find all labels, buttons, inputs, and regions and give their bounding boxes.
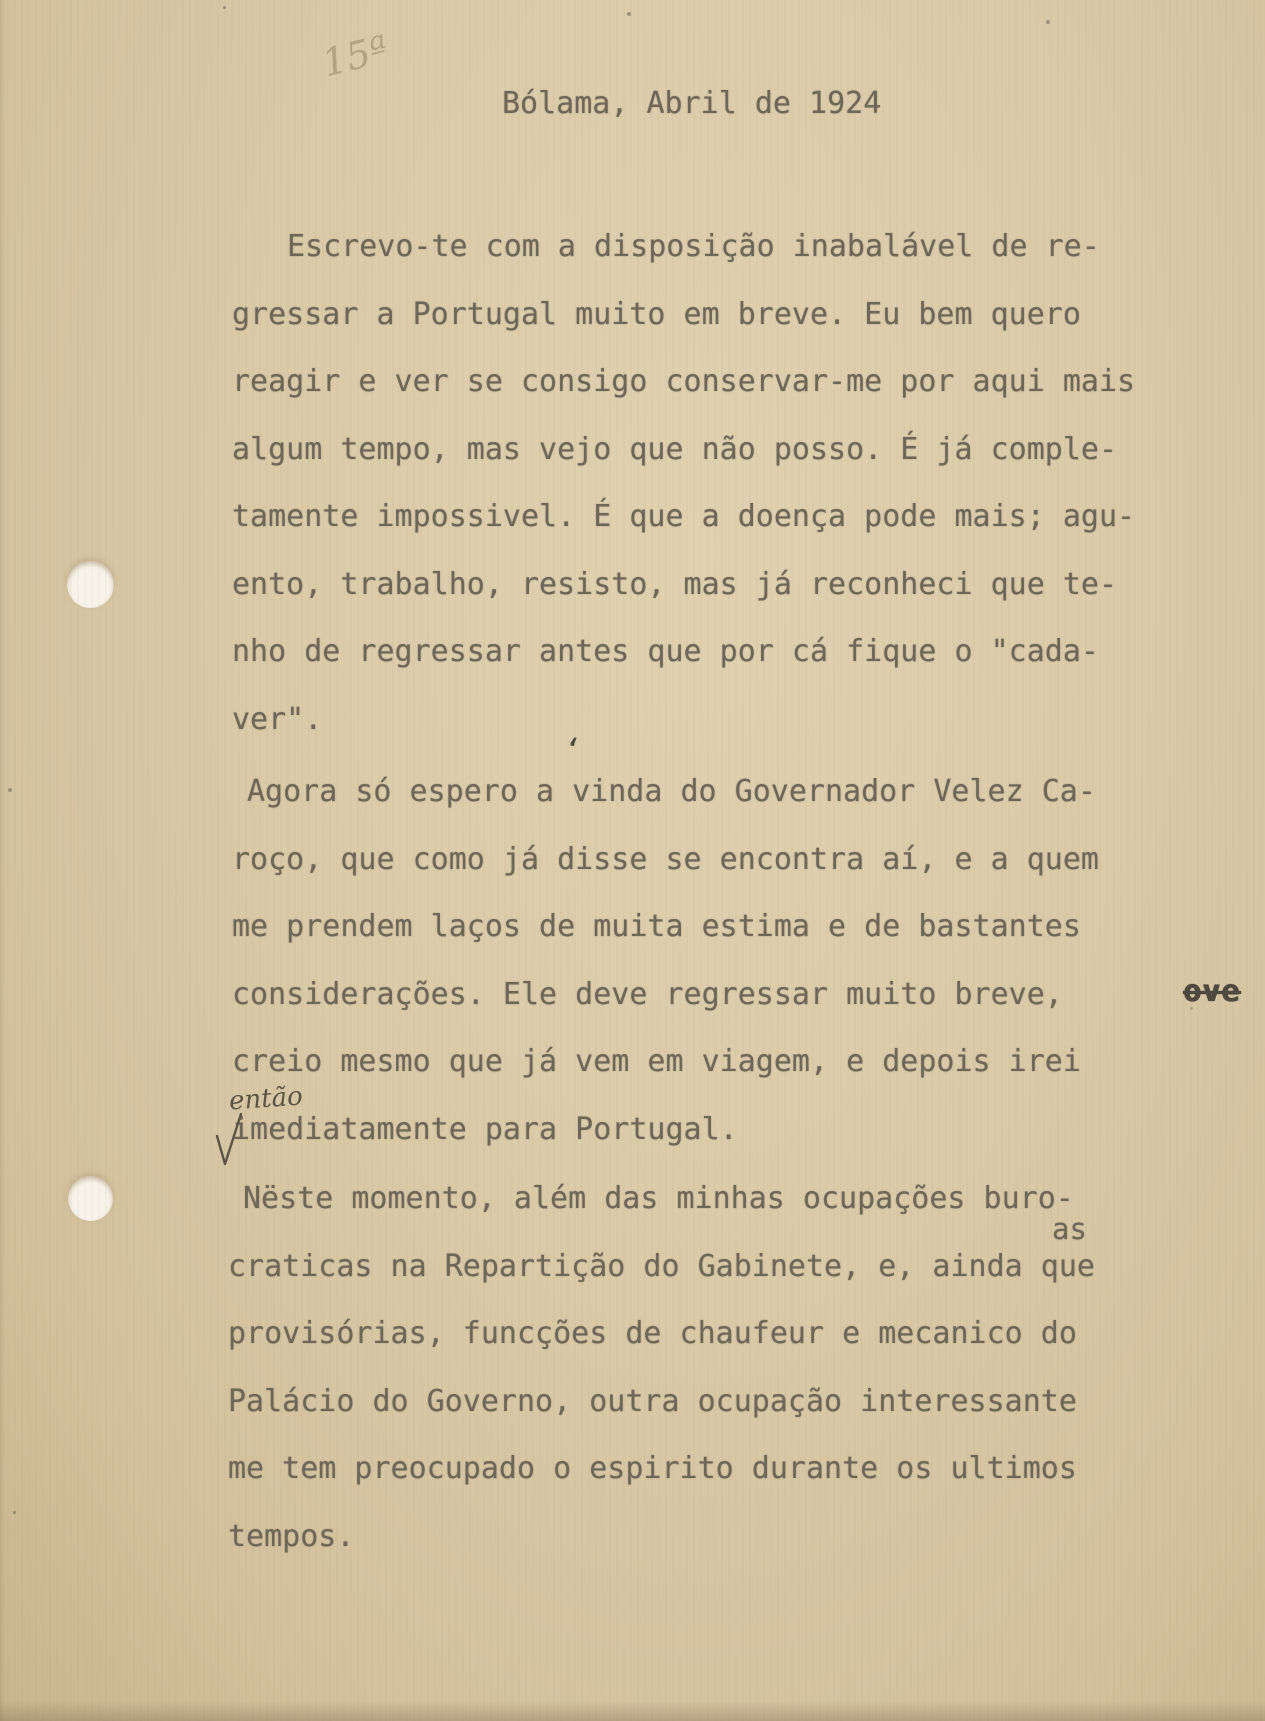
paper-speck	[1046, 20, 1050, 24]
paper-speck	[627, 12, 631, 16]
typed-insertion-as: as	[1052, 1212, 1087, 1246]
paragraph-2: Agora só espero a vinda do Governador Ve…	[232, 758, 1242, 1163]
handwritten-page-number: 15ª	[318, 27, 393, 86]
overstruck-word: ove	[1183, 974, 1240, 1009]
paragraph-1: Escrevo-te com a disposição inabalável d…	[232, 213, 1242, 753]
punch-hole-top	[67, 561, 114, 608]
paper-speck	[223, 6, 226, 9]
paper-speck	[13, 1511, 16, 1514]
insertion-caret-mark	[215, 1112, 245, 1168]
letter-page: 15ª Bólama, Abril de 1924 Escrevo-te com…	[0, 0, 1265, 1721]
paper-speck	[8, 788, 12, 792]
dateline: Bólama, Abril de 1924	[502, 84, 881, 124]
punch-hole-bottom	[68, 1176, 113, 1221]
